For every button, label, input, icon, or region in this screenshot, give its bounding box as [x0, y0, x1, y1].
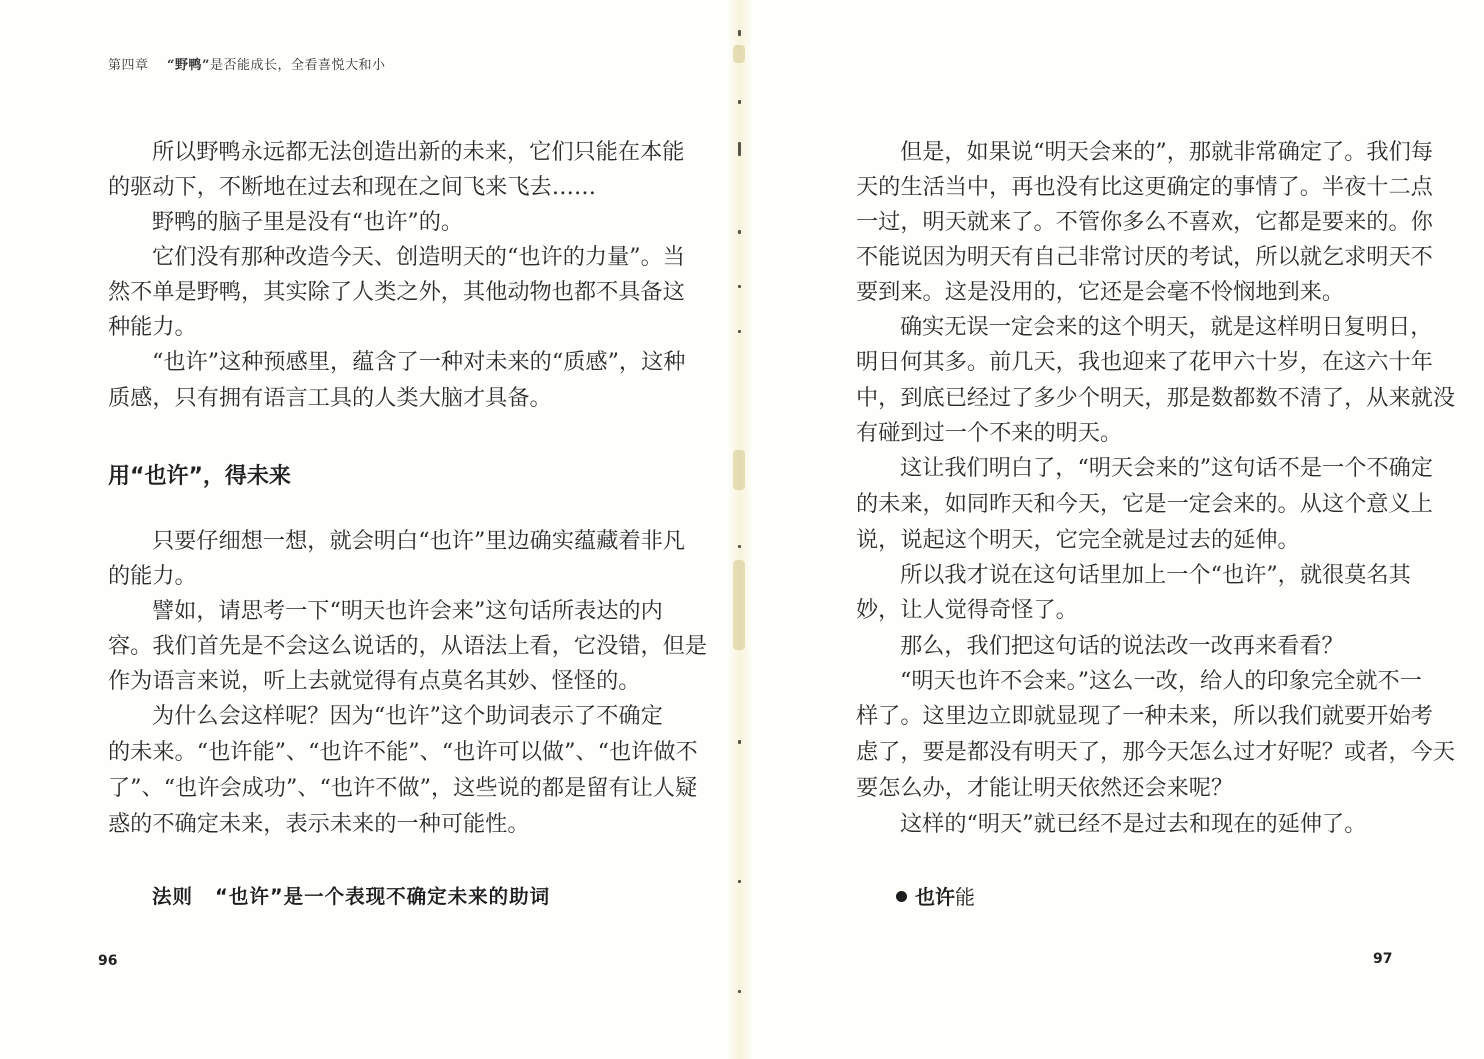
- gutter-speck: [738, 142, 741, 156]
- rule-text: “也许”是一个表现不确定未来的助词: [215, 885, 550, 908]
- page-number-right: 97: [1373, 951, 1392, 967]
- text-line: 样了。这里边立即就显现了一种未来，所以我们就要开始考: [856, 703, 1390, 729]
- text-line: 譬如，请思考一下“明天也许会来”这句话所表达的内: [152, 598, 642, 624]
- text-line: 的未来。“也许能”、“也许不能”、“也许可以做”、“也许做不: [108, 739, 642, 765]
- page-number-left: 96: [98, 953, 117, 969]
- bullet-heading-normal: 能: [955, 885, 975, 909]
- bullet-dot-icon: [896, 891, 907, 902]
- gutter-stain: [733, 450, 745, 490]
- text-line: 天的生活当中，再也没有比这更确定的事情了。半夜十二点: [856, 174, 1390, 200]
- book-gutter: [728, 0, 752, 1059]
- text-line: 了”、“也许会成功”、“也许不做”，这些说的都是留有让人疑: [108, 775, 642, 801]
- text-line: 确实无误一定会来的这个明天，就是这样明日复明日，: [900, 314, 1390, 340]
- text-line: 的能力。: [108, 563, 642, 589]
- text-line: 容。我们首先是不会这么说话的，从语法上看，它没错，但是: [108, 633, 642, 659]
- gutter-speck: [738, 100, 741, 104]
- chapter-title-bold: “野鸭”: [167, 58, 210, 73]
- text-line: 的未来，如同昨天和今天，它是一定会来的。从这个意义上: [856, 491, 1390, 517]
- gutter-speck: [738, 285, 741, 288]
- text-line: 有碰到过一个不来的明天。: [856, 420, 1390, 446]
- text-line: 妙，让人觉得奇怪了。: [856, 597, 1390, 623]
- chapter-title: 是否能成长，全看喜悦大和小: [210, 58, 386, 73]
- rule-callout: 法则“也许”是一个表现不确定未来的助词: [152, 881, 550, 909]
- section-heading: 用“也许”，得未来: [108, 459, 291, 490]
- gutter-speck: [738, 990, 741, 993]
- bullet-heading-bold: 也许: [915, 885, 955, 909]
- text-line: 要怎么办，才能让明天依然还会来呢？: [856, 775, 1390, 801]
- gutter-speck: [738, 230, 741, 234]
- gutter-speck: [738, 30, 741, 36]
- gutter-speck: [738, 740, 741, 744]
- text-line: 所以野鸭永远都无法创造出新的未来，它们只能在本能: [152, 139, 642, 165]
- text-line: 然不单是野鸭，其实除了人类之外，其他动物也都不具备这: [108, 279, 642, 305]
- gutter-stain: [733, 45, 745, 63]
- bullet-heading: 也许能: [896, 881, 975, 910]
- text-line: 的驱动下，不断地在过去和现在之间飞来飞去……: [108, 174, 642, 200]
- text-line: 但是，如果说“明天会来的”，那就非常确定了。我们每: [900, 139, 1390, 165]
- text-line: 野鸭的脑子里是没有“也许”的。: [152, 209, 642, 235]
- text-line: 所以我才说在这句话里加上一个“也许”，就很莫名其: [900, 562, 1390, 588]
- text-line: 这让我们明白了，“明天会来的”这句话不是一个不确定: [900, 455, 1390, 481]
- text-line: 中，到底已经过了多少个明天，那是数都数不清了，从来就没: [856, 385, 1390, 411]
- text-line: 为什么会这样呢？因为“也许”这个助词表示了不确定: [152, 703, 642, 729]
- text-line: 一过，明天就来了。不管你多么不喜欢，它都是要来的。你: [856, 209, 1390, 235]
- book-spread: 第四章 “野鸭”是否能成长，全看喜悦大和小 所以野鸭永远都无法创造出新的未来，它…: [0, 0, 1484, 1059]
- text-line: 它们没有那种改造今天、创造明天的“也许的力量”。当: [152, 244, 642, 270]
- gutter-speck: [738, 880, 741, 883]
- gutter-speck: [738, 330, 741, 333]
- text-line: 明日何其多。前几天，我也迎来了花甲六十岁，在这六十年: [856, 349, 1390, 375]
- text-line: 惑的不确定未来，表示未来的一种可能性。: [108, 811, 642, 837]
- text-line: 只要仔细想一想，就会明白“也许”里边确实蕴藏着非凡: [152, 528, 642, 554]
- text-line: 要到来。这是没用的，它还是会毫不怜悯地到来。: [856, 279, 1390, 305]
- text-line: 种能力。: [108, 314, 642, 340]
- text-line: 虑了，要是都没有明天了，那今天怎么过才好呢？或者，今天: [856, 739, 1390, 765]
- text-line: “也许”这种预感里，蕴含了一种对未来的“质感”，这种: [152, 349, 642, 375]
- running-head: 第四章 “野鸭”是否能成长，全看喜悦大和小: [108, 54, 386, 73]
- chapter-number: 第四章: [108, 58, 149, 73]
- text-line: 作为语言来说，听上去就觉得有点莫名其妙、怪怪的。: [108, 668, 642, 694]
- rule-label: 法则: [152, 885, 193, 908]
- text-line: 这样的“明天”就已经不是过去和现在的延伸了。: [900, 811, 1390, 837]
- text-line: 不能说因为明天有自己非常讨厌的考试，所以就乞求明天不: [856, 244, 1390, 270]
- gutter-stain: [733, 560, 745, 650]
- text-line: “明天也许不会来。”这么一改，给人的印象完全就不一: [900, 668, 1390, 694]
- gutter-speck: [738, 545, 741, 548]
- text-line: 那么，我们把这句话的说法改一改再来看看？: [900, 633, 1390, 659]
- text-line: 质感，只有拥有语言工具的人类大脑才具备。: [108, 385, 642, 411]
- text-line: 说，说起这个明天，它完全就是过去的延伸。: [856, 527, 1390, 553]
- right-page: 但是，如果说“明天会来的”，那就非常确定了。我们每天的生活当中，再也没有比这更确…: [740, 0, 1484, 1059]
- left-page: 第四章 “野鸭”是否能成长，全看喜悦大和小 所以野鸭永远都无法创造出新的未来，它…: [0, 0, 740, 1059]
